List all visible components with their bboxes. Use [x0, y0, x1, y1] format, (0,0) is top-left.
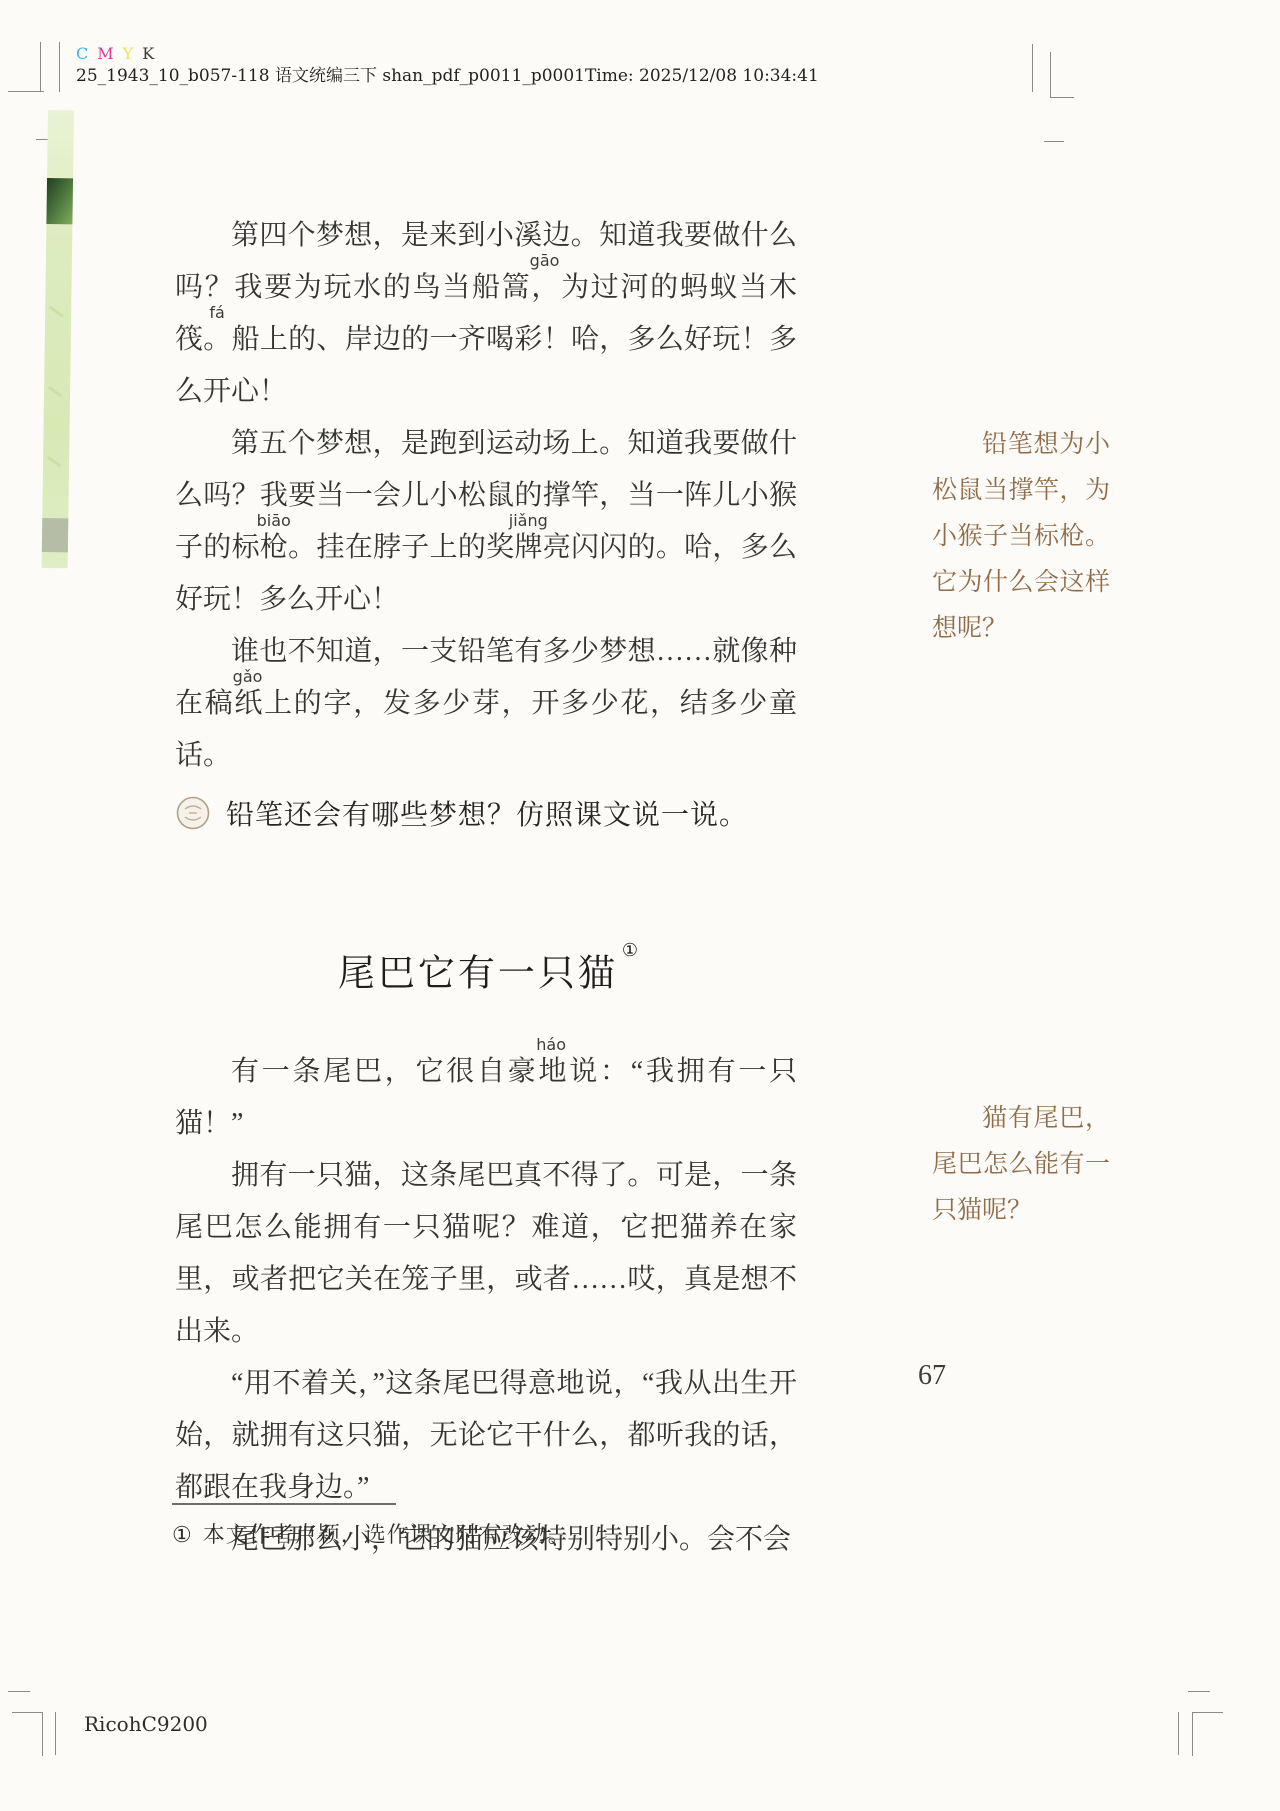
print-info-line: 25_1943_10_b057-118 语文统编三下 shan_pdf_p001… — [76, 61, 819, 86]
ruby-character: biāo标 — [232, 532, 260, 563]
ruby-character: jiǎng奖 — [486, 532, 514, 563]
pinyin-annotation: fá — [153, 305, 224, 321]
paragraph: 第五个梦想，是跑到运动场上。知道我要做什么吗？我要当一会儿小松鼠的撑竿，当一阵儿… — [175, 418, 797, 626]
pinyin-annotation: háo — [480, 1037, 566, 1053]
trim-mark — [40, 42, 41, 92]
footnote-text: 本文作者卢颖，选作课文时有改动。 — [203, 1522, 571, 1547]
trim-mark — [8, 91, 44, 92]
trim-mark — [1178, 1712, 1179, 1755]
activity-text: 铅笔还会有哪些梦想？仿照课文说一说。 — [226, 793, 748, 833]
footnote-marker: ① — [622, 940, 638, 960]
textbook-page: CMYK 25_1943_10_b057-118 语文统编三下 shan_pdf… — [0, 0, 1280, 1811]
printer-label: RicohC9200 — [84, 1712, 208, 1736]
seal-icon — [176, 796, 210, 830]
margin-note-2: 猫有尾巴，尾巴怎么能有一只猫呢？ — [932, 1096, 1110, 1234]
pinyin-annotation: gǎo — [177, 669, 263, 685]
trim-mark — [59, 42, 60, 92]
trim-mark — [1050, 97, 1074, 98]
ruby-character: háo豪 — [508, 1056, 539, 1087]
pinyin-annotation: jiǎng — [453, 513, 548, 529]
paragraph: “用不着关，”这条尾巴得意地说，“我从出生开始，就拥有这只猫，无论它干什么，都听… — [175, 1358, 797, 1514]
trim-mark — [1032, 44, 1033, 92]
footnote: ①本文作者卢颖，选作课文时有改动。 — [172, 1518, 571, 1549]
trim-mark — [12, 1712, 43, 1756]
margin-note-1: 铅笔想为小松鼠当撑竿，为小猴子当标枪。它为什么会这样想呢？ — [932, 422, 1110, 652]
footnote-mark: ① — [172, 1522, 193, 1547]
lesson2-title-text: 尾巴它有一只猫 — [338, 953, 618, 994]
paragraph: 谁也不知道，一支铅笔有多少梦想……就像种在gǎo稿纸上的字，发多少芽，开多少花，… — [175, 626, 797, 782]
trim-mark — [55, 1712, 56, 1755]
edge-strip-grey-patch — [42, 518, 68, 552]
page-number: 67 — [918, 1360, 946, 1392]
ruby-character: gǎo稿 — [205, 688, 235, 719]
lesson1-text: 第四个梦想，是来到小溪边。知道我要做什么吗？我要为玩水的鸟当船gāo篙，为过河的… — [175, 210, 797, 782]
trim-mark — [1192, 1712, 1223, 1756]
pinyin-annotation: gāo — [474, 253, 560, 269]
pinyin-annotation: biāo — [201, 513, 291, 529]
paragraph: 第四个梦想，是来到小溪边。知道我要做什么吗？我要为玩水的鸟当船gāo篙，为过河的… — [175, 210, 797, 418]
trim-mark — [8, 1691, 30, 1692]
footnote-rule — [172, 1503, 396, 1505]
trim-mark — [1188, 1691, 1210, 1692]
activity-prompt: 铅笔还会有哪些梦想？仿照课文说一说。 — [176, 793, 748, 833]
ruby-character: fá筏 — [175, 324, 203, 355]
paragraph: 有一条尾巴，它很自háo豪地说：“我拥有一只猫！” — [175, 1046, 797, 1150]
trim-mark — [1050, 52, 1051, 98]
page-edge-strip — [42, 110, 74, 568]
ruby-character: gāo篙 — [502, 272, 532, 303]
paragraph: 拥有一只猫，这条尾巴真不得了。可是，一条尾巴怎么能拥有一只猫呢？难道，它把猫养在… — [175, 1150, 797, 1358]
lesson2-title: 尾巴它有一只猫① — [175, 933, 797, 1007]
trim-mark — [1044, 141, 1064, 142]
edge-strip-dark-patch — [46, 178, 73, 224]
lesson2-text: 有一条尾巴，它很自háo豪地说：“我拥有一只猫！”拥有一只猫，这条尾巴真不得了。… — [175, 1046, 797, 1566]
